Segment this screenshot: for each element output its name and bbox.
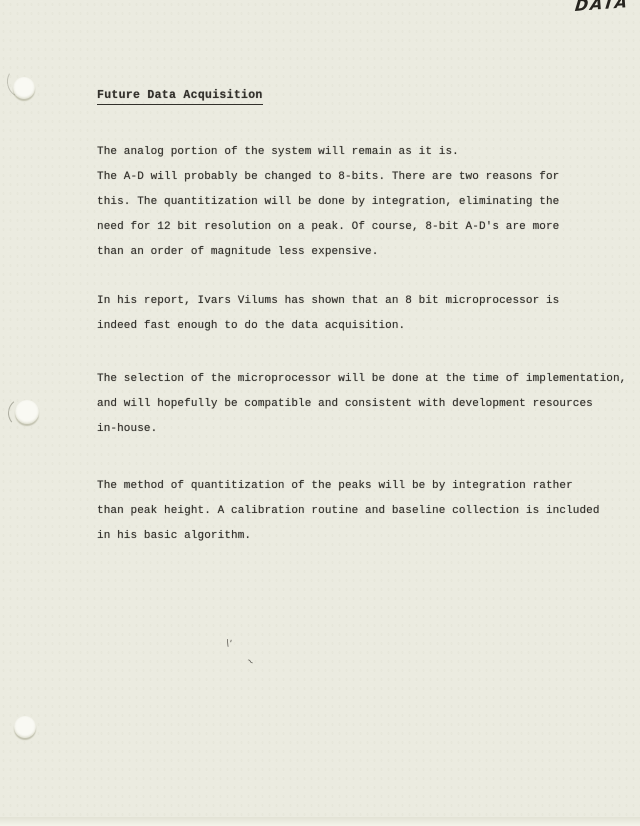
text-line: than peak height. A calibration routine … bbox=[97, 499, 632, 524]
punch-hole-middle bbox=[15, 400, 39, 424]
paragraph-report: In his report, Ivars Vilums has shown th… bbox=[97, 289, 632, 339]
scanned-document-page: DATA Future Data Acquisition The analog … bbox=[0, 0, 640, 826]
text-line: in his basic algorithm. bbox=[97, 524, 632, 549]
text-line: this. The quantitization will be done by… bbox=[97, 190, 632, 215]
ink-speck: ~ bbox=[244, 656, 256, 669]
text-line: The analog portion of the system will re… bbox=[97, 140, 632, 165]
ink-speck: \' bbox=[225, 639, 232, 650]
text-line: than an order of magnitude less expensiv… bbox=[97, 240, 632, 265]
text-line: In his report, Ivars Vilums has shown th… bbox=[97, 289, 632, 314]
text-line: need for 12 bit resolution on a peak. Of… bbox=[97, 215, 632, 240]
page-title-text: Future Data Acquisition bbox=[97, 89, 263, 105]
page-title: Future Data Acquisition bbox=[97, 89, 263, 102]
paragraph-quantitization-method: The method of quantitization of the peak… bbox=[97, 474, 632, 549]
punch-hole-bottom bbox=[14, 716, 36, 738]
text-line: in-house. bbox=[97, 417, 632, 442]
paragraph-microprocessor-selection: The selection of the microprocessor will… bbox=[97, 367, 632, 442]
text-line: and will hopefully be compatible and con… bbox=[97, 392, 632, 417]
text-line: The A-D will probably be changed to 8-bi… bbox=[97, 165, 632, 190]
handwritten-annotation: DATA bbox=[574, 0, 630, 15]
punch-hole-top bbox=[13, 77, 35, 99]
text-line: The method of quantitization of the peak… bbox=[97, 474, 632, 499]
text-line: indeed fast enough to do the data acquis… bbox=[97, 314, 632, 339]
text-line: The selection of the microprocessor will… bbox=[97, 367, 632, 392]
paragraph-analog-portion: The analog portion of the system will re… bbox=[97, 140, 632, 265]
scan-bottom-edge bbox=[0, 817, 640, 826]
